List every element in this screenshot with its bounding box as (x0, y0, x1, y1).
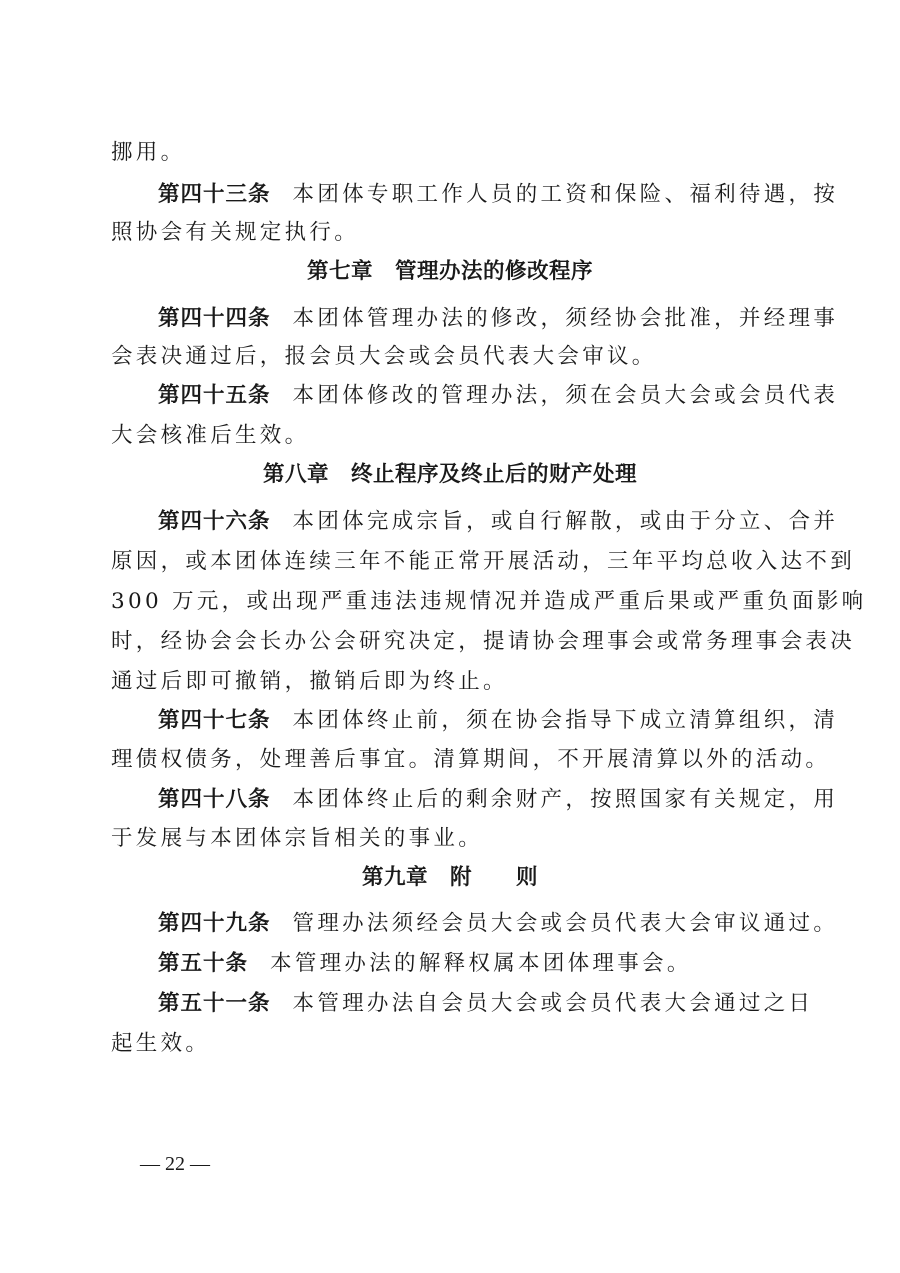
text-line: 本管理办法自会员大会或会员代表大会通过之日 (293, 991, 814, 1016)
article-label: 第四十六条 (158, 509, 271, 534)
text-line: 理债权债务，处理善后事宜。清算期间，不开展清算以外的活动。 (111, 748, 791, 772)
text-line: 会表决通过后，报会员大会或会员代表大会审议。 (111, 345, 791, 369)
article-46: 第四十六条本团体完成宗旨，或自行解散，或由于分立、合并 (158, 510, 791, 534)
text-line: 于发展与本团体宗旨相关的事业。 (111, 827, 791, 851)
text-line: 本团体修改的管理办法，须在会员大会或会员代表 (293, 383, 839, 408)
article-47: 第四十七条本团体终止前，须在协会指导下成立清算组织，清 (158, 709, 791, 733)
text-line: 本团体完成宗旨，或自行解散，或由于分立、合并 (293, 509, 839, 534)
article-45: 第四十五条本团体修改的管理办法，须在会员大会或会员代表 (158, 384, 791, 408)
article-label: 第四十四条 (158, 306, 271, 331)
text-line: 本管理办法的解释权属本团体理事会。 (270, 951, 692, 976)
article-label: 第五十条 (158, 951, 248, 976)
text-line: 本团体终止前，须在协会指导下成立清算组织，清 (293, 708, 839, 733)
article-43: 第四十三条本团体专职工作人员的工资和保险、福利待遇，按 (158, 183, 791, 207)
article-51: 第五十一条本管理办法自会员大会或会员代表大会通过之日 (158, 992, 791, 1016)
chapter-heading: 第八章 终止程序及终止后的财产处理 (0, 463, 900, 487)
chapter-heading: 第九章 附 则 (0, 866, 900, 890)
text-line: 本团体管理办法的修改，须经协会批准，并经理事 (293, 306, 839, 331)
text-line: 本团体终止后的剩余财产，按照国家有关规定，用 (293, 787, 839, 812)
article-label: 第五十一条 (158, 991, 271, 1016)
page-number: — 22 — (140, 1153, 210, 1176)
text-line: 时，经协会会长办公会研究决定，提请协会理事会或常务理事会表决 (111, 630, 791, 654)
article-label: 第四十三条 (158, 182, 271, 207)
article-48: 第四十八条本团体终止后的剩余财产，按照国家有关规定，用 (158, 788, 791, 812)
article-label: 第四十五条 (158, 383, 271, 408)
article-44: 第四十四条本团体管理办法的修改，须经协会批准，并经理事 (158, 307, 791, 331)
article-label: 第四十九条 (158, 911, 271, 936)
text-line: 通过后即可撤销，撤销后即为终止。 (111, 670, 791, 694)
text-line: 管理办法须经会员大会或会员代表大会审议通过。 (293, 911, 839, 936)
text-line: 大会核准后生效。 (111, 424, 791, 448)
article-50: 第五十条本管理办法的解释权属本团体理事会。 (158, 952, 791, 976)
text-line: 本团体专职工作人员的工资和保险、福利待遇，按 (293, 182, 839, 207)
article-label: 第四十八条 (158, 787, 271, 812)
text-line: 300 万元，或出现严重违法违规情况并造成严重后果或严重负面影响 (111, 590, 791, 614)
chapter-heading: 第七章 管理办法的修改程序 (0, 260, 900, 284)
text-line: 照协会有关规定执行。 (111, 221, 791, 245)
text-line: 挪用。 (111, 141, 791, 165)
article-label: 第四十七条 (158, 708, 271, 733)
text-line: 起生效。 (111, 1032, 791, 1056)
text-line: 原因，或本团体连续三年不能正常开展活动，三年平均总收入达不到 (111, 550, 791, 574)
article-49: 第四十九条管理办法须经会员大会或会员代表大会审议通过。 (158, 912, 791, 936)
